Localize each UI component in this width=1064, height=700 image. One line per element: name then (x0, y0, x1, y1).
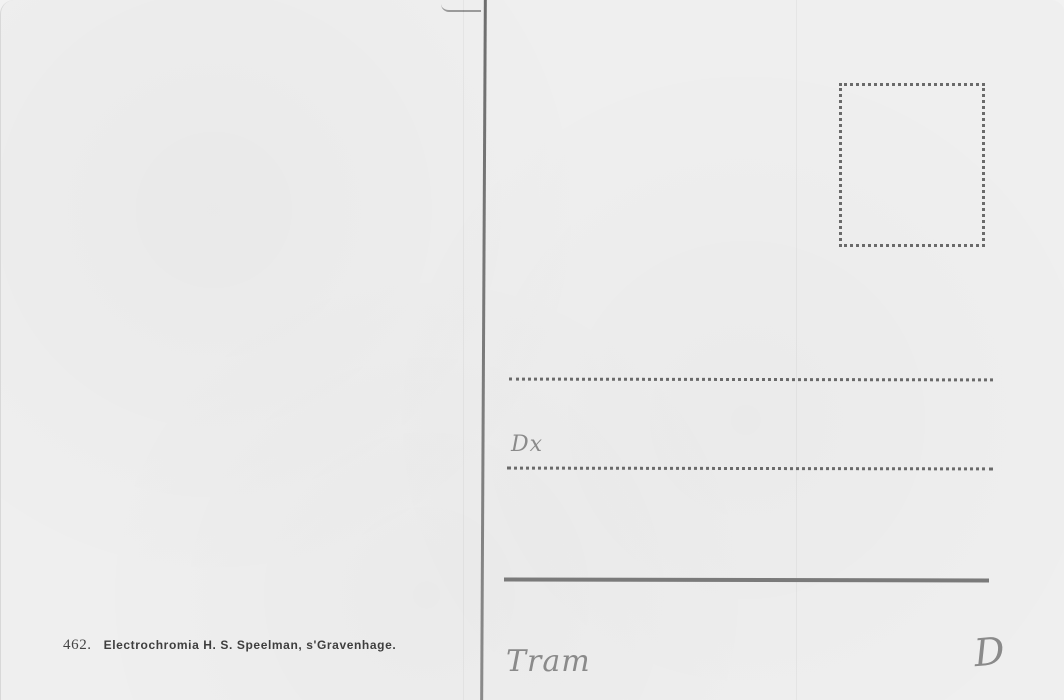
postcard-back: Dx 462. Electrochromia H. S. Speelman, s… (0, 0, 1064, 700)
publisher-credit: 462. Electrochromia H. S. Speelman, s'Gr… (63, 637, 396, 654)
handwritten-note-tram: Tram (506, 644, 591, 679)
torn-edge (441, 0, 481, 12)
address-line-2 (507, 467, 993, 471)
paper-crease (463, 0, 464, 700)
handwritten-note-dx: Dx (511, 432, 543, 457)
card-number: 462. (63, 637, 92, 653)
publisher-name: Electrochromia H. S. Speelman, s'Gravenh… (104, 638, 397, 652)
handwritten-note-d: D (972, 629, 1006, 675)
center-divider-line (480, 0, 487, 700)
address-line-3 (504, 577, 989, 582)
stamp-box (839, 83, 985, 247)
address-line-1 (509, 378, 993, 382)
paper-crease (796, 0, 797, 700)
